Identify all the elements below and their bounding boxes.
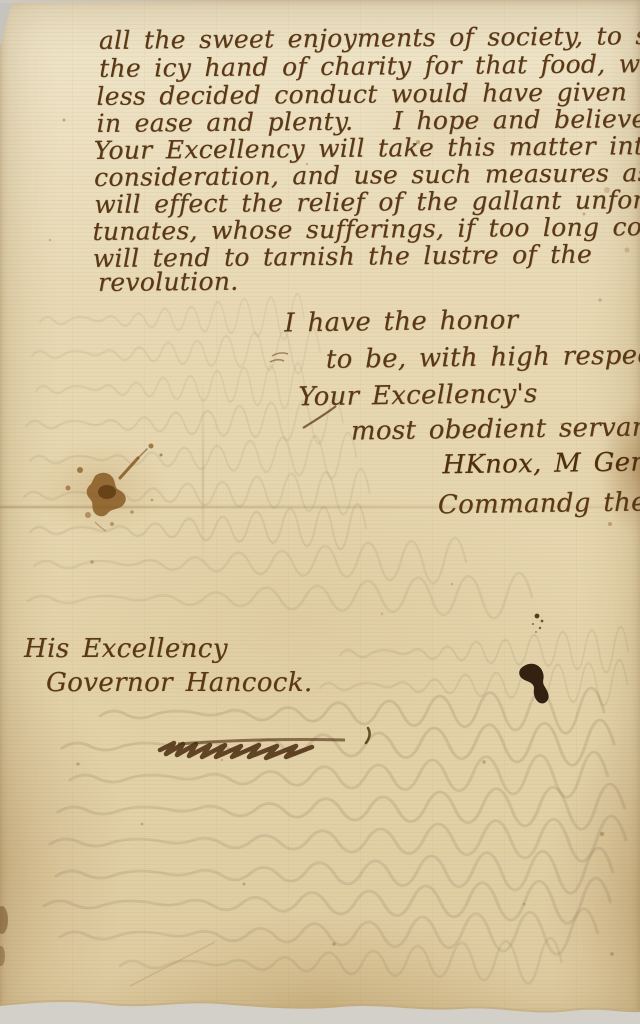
scanned-letter-page: all the sweet enjoyments of society, to … <box>0 0 640 1024</box>
scan-background-strip <box>0 1002 640 1024</box>
paper-bottom-edge <box>0 0 640 1024</box>
top-edge-gap <box>0 0 230 3</box>
